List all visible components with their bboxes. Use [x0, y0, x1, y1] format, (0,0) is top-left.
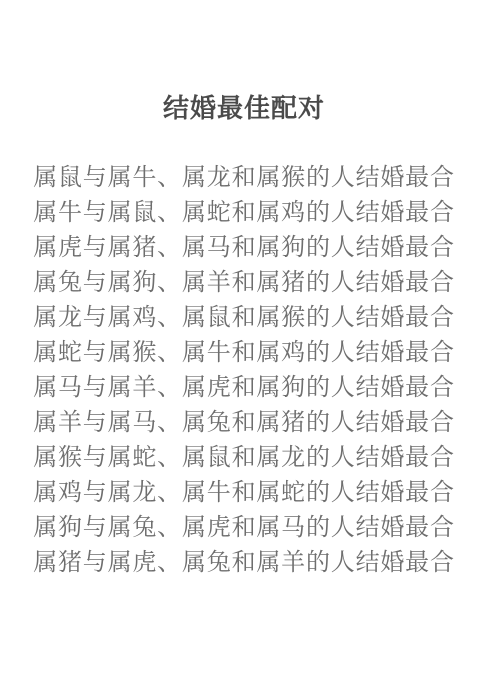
compatibility-line-rat: 属鼠与属牛、属龙和属猴的人结婚最合	[33, 160, 455, 195]
compatibility-line-snake: 属蛇与属猴、属牛和属鸡的人结婚最合	[33, 335, 455, 370]
compatibility-line-rabbit: 属兔与属狗、属羊和属猪的人结婚最合	[33, 265, 455, 300]
compatibility-line-ox: 属牛与属鼠、属蛇和属鸡的人结婚最合	[33, 195, 455, 230]
compatibility-line-horse: 属马与属羊、属虎和属狗的人结婚最合	[33, 370, 455, 405]
compatibility-line-pig: 属猪与属虎、属兔和属羊的人结婚最合	[33, 545, 455, 580]
document-page: 结婚最佳配对 属鼠与属牛、属龙和属猴的人结婚最合 属牛与属鼠、属蛇和属鸡的人结婚…	[0, 0, 500, 692]
compatibility-line-dragon: 属龙与属鸡、属鼠和属猴的人结婚最合	[33, 300, 455, 335]
compatibility-line-tiger: 属虎与属猪、属马和属狗的人结婚最合	[33, 230, 455, 265]
compatibility-line-rooster: 属鸡与属龙、属牛和属蛇的人结婚最合	[33, 475, 455, 510]
content-block: 结婚最佳配对 属鼠与属牛、属龙和属猴的人结婚最合 属牛与属鼠、属蛇和属鸡的人结婚…	[0, 0, 500, 580]
compatibility-list: 属鼠与属牛、属龙和属猴的人结婚最合 属牛与属鼠、属蛇和属鸡的人结婚最合 属虎与属…	[33, 160, 455, 580]
page-title: 结婚最佳配对	[33, 0, 455, 126]
compatibility-line-goat: 属羊与属马、属兔和属猪的人结婚最合	[33, 405, 455, 440]
compatibility-line-monkey: 属猴与属蛇、属鼠和属龙的人结婚最合	[33, 440, 455, 475]
compatibility-line-dog: 属狗与属兔、属虎和属马的人结婚最合	[33, 510, 455, 545]
